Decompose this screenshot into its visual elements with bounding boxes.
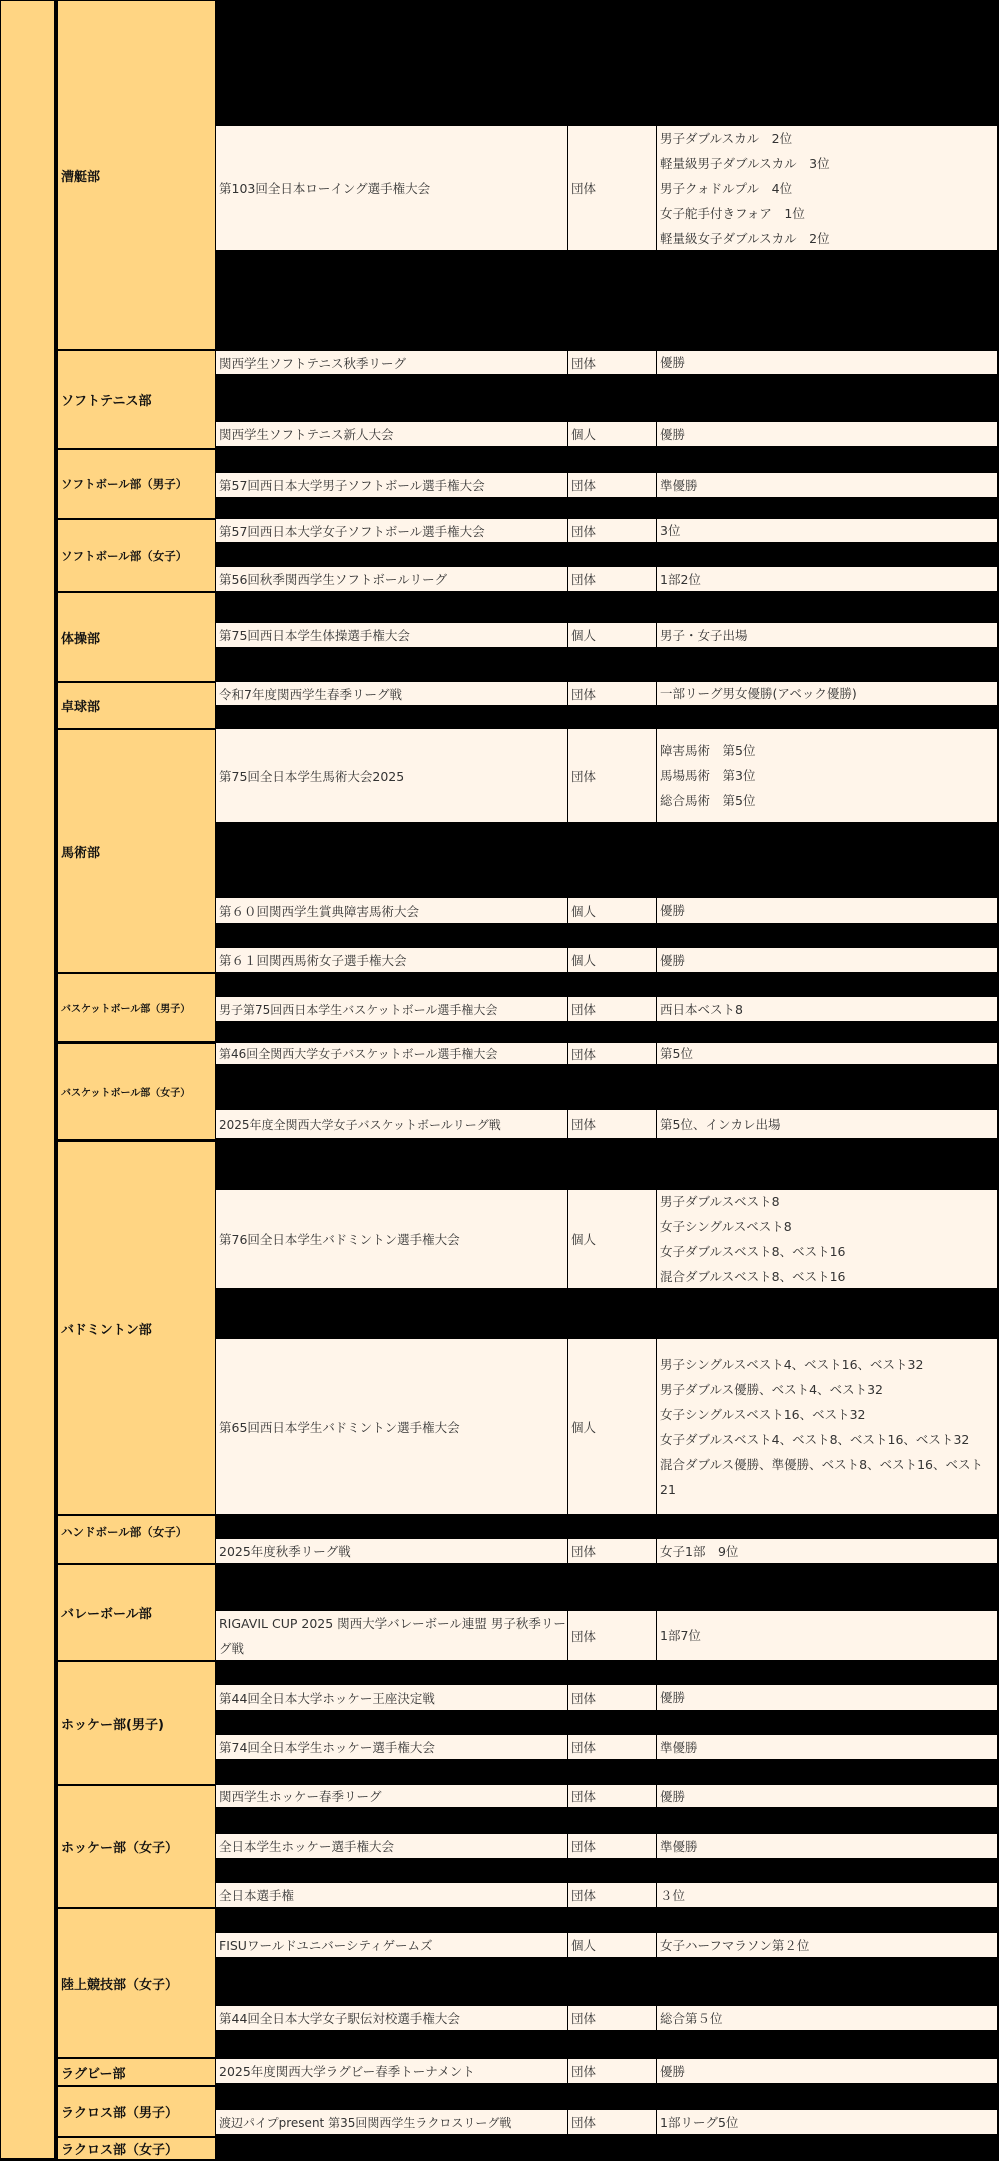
result-cell: 優勝 xyxy=(656,1685,997,1710)
event-name: 第６１回関西馬術女子選手権大会 xyxy=(216,948,567,972)
result-cell: 優勝 xyxy=(656,351,997,374)
table-row: 2025年度全関西大学女子バスケットボールリーグ戦 団体 第5位、インカレ出場 xyxy=(216,1110,997,1138)
table-row: 第75回全日本学生馬術大会2025 団体 障害馬術 第5位 馬場馬術 第3位 総… xyxy=(216,729,997,822)
table-row: 第46回全関西大学女子バスケットボール選手権大会 団体 第5位 xyxy=(216,1043,997,1064)
category-column xyxy=(0,0,56,2159)
result-cell: 女子ハーフマラソン第２位 xyxy=(656,1933,997,1957)
result-line: 軽量級女子ダブルスカル 2位 xyxy=(660,226,830,251)
result-line: 1部リーグ5位 xyxy=(660,2110,738,2134)
table-row: 令和7年度関西学生春季リーグ戦 団体 一部リーグ男女優勝(アベック優勝) xyxy=(216,682,997,705)
result-cell: 優勝 xyxy=(656,948,997,972)
entry-type: 団体 xyxy=(567,567,656,591)
result-line: 優勝 xyxy=(660,1685,685,1710)
result-cell: 一部リーグ男女優勝(アベック優勝) xyxy=(656,682,997,705)
event-name: 関西学生ソフトテニス秋季リーグ xyxy=(216,351,567,374)
entry-type: 個人 xyxy=(567,1933,656,1957)
table-row: 男子第75回西日本学生バスケットボール選手権大会 団体 西日本ベスト8 xyxy=(216,997,997,1021)
result-line: 女子ダブルスベスト4、ベスト8、ベスト16、ベスト32 xyxy=(660,1427,969,1452)
dept-cell: ラクロス部（女子） xyxy=(57,2136,215,2160)
event-name: 第44回全日本大学ホッケー王座決定戦 xyxy=(216,1685,567,1710)
entry-type: 団体 xyxy=(567,997,656,1021)
event-name: RIGAVIL CUP 2025 関西大学バレーボール連盟 男子秋季リーグ戦 xyxy=(216,1611,567,1660)
table-row: 第76回全日本学生バドミントン選手権大会 個人 男子ダブルスベスト8 女子シング… xyxy=(216,1190,997,1288)
result-line: 軽量級男子ダブルスカル 3位 xyxy=(660,151,830,176)
dept-cell: ホッケー部(男子) xyxy=(57,1660,215,1784)
table-row: 第74回全日本学生ホッケー選手権大会 団体 準優勝 xyxy=(216,1735,997,1759)
dept-cell: ハンドボール部（女子） xyxy=(57,1514,215,1563)
result-line: 女子シングルスベスト16、ベスト32 xyxy=(660,1402,866,1427)
result-line: 馬場馬術 第3位 xyxy=(660,763,755,788)
event-name: 全日本学生ホッケー選手権大会 xyxy=(216,1834,567,1858)
event-name: FISUワールドユニバーシティゲームズ xyxy=(216,1933,567,1957)
event-name: 第44回全日本大学女子駅伝対校選手権大会 xyxy=(216,2006,567,2030)
event-name: 第75回西日本学生体操選手権大会 xyxy=(216,623,567,647)
dept-label: ソフトボール部（女子） xyxy=(61,548,187,564)
dept-label: ラクロス部（男子） xyxy=(61,2102,178,2121)
dept-label: ホッケー部(男子) xyxy=(61,1714,164,1733)
result-cell: 第5位、インカレ出場 xyxy=(656,1110,997,1138)
event-name: 第６０回関西学生賞典障害馬術大会 xyxy=(216,898,567,923)
entry-type: 団体 xyxy=(567,2006,656,2030)
result-line: 女子ハーフマラソン第２位 xyxy=(660,1933,809,1957)
entry-type: 団体 xyxy=(567,1539,656,1563)
result-line: 女子ダブルスベスト8、ベスト16 xyxy=(660,1239,845,1264)
result-line: 女子1部 9位 xyxy=(660,1539,738,1563)
dept-cell: 馬術部 xyxy=(57,728,215,972)
result-line: 優勝 xyxy=(660,2059,685,2083)
result-line: 障害馬術 第5位 xyxy=(660,738,755,763)
result-cell: 男子シングルスベスト4、ベスト16、ベスト32 男子ダブルス優勝、ベスト4、ベス… xyxy=(656,1339,997,1514)
table-row: 関西学生ソフトテニス新人大会 個人 優勝 xyxy=(216,422,997,446)
result-cell: 1部リーグ5位 xyxy=(656,2110,997,2134)
dept-cell: 陸上競技部（女子） xyxy=(57,1907,215,2057)
event-name: 第46回全関西大学女子バスケットボール選手権大会 xyxy=(216,1043,567,1064)
result-cell: 優勝 xyxy=(656,898,997,923)
table-row: 2025年度秋季リーグ戦 団体 女子1部 9位 xyxy=(216,1539,997,1563)
table-row: 関西学生ソフトテニス秋季リーグ 団体 優勝 xyxy=(216,351,997,374)
entry-type: 団体 xyxy=(567,1685,656,1710)
result-line: 第5位 xyxy=(660,1043,693,1064)
dept-label: ラクロス部（女子） xyxy=(61,2139,178,2158)
event-name: 第65回西日本学生バドミントン選手権大会 xyxy=(216,1339,567,1514)
entry-type: 団体 xyxy=(567,1834,656,1858)
table-row: 第６１回関西馬術女子選手権大会 個人 優勝 xyxy=(216,948,997,972)
dept-label: バスケットボール部（女子） xyxy=(61,1084,190,1099)
entry-type: 団体 xyxy=(567,729,656,822)
result-line: 1部7位 xyxy=(660,1623,701,1648)
event-name: 2025年度全関西大学女子バスケットボールリーグ戦 xyxy=(216,1110,567,1138)
result-line: 準優勝 xyxy=(660,473,698,497)
dept-cell: バスケットボール部（女子） xyxy=(57,1041,215,1139)
result-line: 女子シングルスベスト8 xyxy=(660,1214,792,1239)
result-cell: 優勝 xyxy=(656,422,997,446)
result-line: 女子舵手付きフォア 1位 xyxy=(660,201,805,226)
result-cell: 男子ダブルスカル 2位 軽量級男子ダブルスカル 3位 男子クォドルプル 4位 女… xyxy=(656,126,997,250)
table-row: 第103回全日本ローイング選手権大会 団体 男子ダブルスカル 2位 軽量級男子ダ… xyxy=(216,126,997,250)
entry-type: 団体 xyxy=(567,1735,656,1759)
result-line: 男子ダブルスベスト8 xyxy=(660,1190,780,1214)
table-row: 渡辺パイプpresent 第35回関西学生ラクロスリーグ戦 団体 1部リーグ5位 xyxy=(216,2110,997,2134)
dept-cell: ラクロス部（男子） xyxy=(57,2085,215,2136)
result-cell: 女子1部 9位 xyxy=(656,1539,997,1563)
result-cell: 優勝 xyxy=(656,2059,997,2083)
entry-type: 団体 xyxy=(567,1043,656,1064)
result-line: 準優勝 xyxy=(660,1735,698,1759)
event-name: 関西学生ホッケー春季リーグ xyxy=(216,1785,567,1807)
result-cell: 西日本ベスト8 xyxy=(656,997,997,1021)
result-cell: ３位 xyxy=(656,1883,997,1907)
dept-cell: 体操部 xyxy=(57,591,215,681)
table-row: 第44回全日本大学ホッケー王座決定戦 団体 優勝 xyxy=(216,1685,997,1710)
result-cell: 男子ダブルスベスト8 女子シングルスベスト8 女子ダブルスベスト8、ベスト16 … xyxy=(656,1190,997,1288)
entry-type: 団体 xyxy=(567,351,656,374)
result-line: 優勝 xyxy=(660,898,685,923)
dept-label: 漕艇部 xyxy=(61,166,100,185)
result-line: 優勝 xyxy=(660,422,685,446)
event-name: 2025年度関西大学ラグビー春季トーナメント xyxy=(216,2059,567,2083)
entry-type: 団体 xyxy=(567,1883,656,1907)
entry-type: 団体 xyxy=(567,1611,656,1660)
dept-label: バドミントン部 xyxy=(61,1319,152,1338)
dept-label: ソフトボール部（男子） xyxy=(61,476,187,492)
dept-label: バスケットボール部（男子） xyxy=(61,1000,190,1015)
entry-type: 個人 xyxy=(567,1339,656,1514)
dept-label: ソフトテニス部 xyxy=(61,390,151,409)
table-row: RIGAVIL CUP 2025 関西大学バレーボール連盟 男子秋季リーグ戦 団… xyxy=(216,1611,997,1660)
result-line: 男子・女子出場 xyxy=(660,623,748,647)
event-name: 渡辺パイプpresent 第35回関西学生ラクロスリーグ戦 xyxy=(216,2110,567,2134)
result-line: 優勝 xyxy=(660,351,685,374)
result-line: 男子クォドルプル 4位 xyxy=(660,176,792,201)
dept-cell: ラグビー部 xyxy=(57,2057,215,2085)
result-line: 総合馬術 第5位 xyxy=(660,788,755,813)
entry-type: 団体 xyxy=(567,2110,656,2134)
result-line: 優勝 xyxy=(660,1785,685,1807)
result-cell: 準優勝 xyxy=(656,1834,997,1858)
result-line: 西日本ベスト8 xyxy=(660,997,743,1021)
result-line: 一部リーグ男女優勝(アベック優勝) xyxy=(660,682,857,705)
dept-label: 体操部 xyxy=(61,628,100,647)
entry-type: 団体 xyxy=(567,682,656,705)
entry-type: 団体 xyxy=(567,1110,656,1138)
result-cell: 3位 xyxy=(656,519,997,542)
result-cell: 1部7位 xyxy=(656,1611,997,1660)
result-line: 第5位、インカレ出場 xyxy=(660,1112,780,1137)
result-line: 総合第５位 xyxy=(660,2006,723,2030)
entry-type: 個人 xyxy=(567,623,656,647)
result-cell: 準優勝 xyxy=(656,1735,997,1759)
entry-type: 個人 xyxy=(567,1190,656,1288)
result-cell: 男子・女子出場 xyxy=(656,623,997,647)
dept-label: 馬術部 xyxy=(61,842,100,861)
table-row: 全日本学生ホッケー選手権大会 団体 準優勝 xyxy=(216,1834,997,1858)
dept-label: バレーボール部 xyxy=(61,1603,152,1622)
entry-type: 団体 xyxy=(567,473,656,497)
event-name: 男子第75回西日本学生バスケットボール選手権大会 xyxy=(216,997,567,1021)
event-name: 全日本選手権 xyxy=(216,1883,567,1907)
dept-label: ラグビー部 xyxy=(61,2063,125,2082)
dept-cell: ソフトボール部（男子） xyxy=(57,448,215,518)
result-cell: 障害馬術 第5位 馬場馬術 第3位 総合馬術 第5位 xyxy=(656,729,997,822)
event-name: 第56回秋季関西学生ソフトボールリーグ xyxy=(216,567,567,591)
result-line: 男子シングルスベスト4、ベスト16、ベスト32 xyxy=(660,1352,923,1377)
result-line: 混合ダブルス優勝、準優勝、ベスト8、ベスト16、ベスト21 xyxy=(660,1452,997,1502)
table-row: 第57回西日本大学女子ソフトボール選手権大会 団体 3位 xyxy=(216,519,997,542)
entry-type: 団体 xyxy=(567,519,656,542)
dept-cell: バドミントン部 xyxy=(57,1139,215,1514)
entry-type: 個人 xyxy=(567,948,656,972)
dept-cell: バスケットボール部（男子） xyxy=(57,972,215,1041)
event-name: 第76回全日本学生バドミントン選手権大会 xyxy=(216,1190,567,1288)
dept-label: ハンドボール部（女子） xyxy=(61,1524,187,1540)
event-name: 第57回西日本大学男子ソフトボール選手権大会 xyxy=(216,473,567,497)
dept-label: 卓球部 xyxy=(61,696,100,715)
dept-cell: 漕艇部 xyxy=(57,0,215,349)
table-row: 第44回全日本大学女子駅伝対校選手権大会 団体 総合第５位 xyxy=(216,2006,997,2030)
event-name: 2025年度秋季リーグ戦 xyxy=(216,1539,567,1563)
table-row: 第57回西日本大学男子ソフトボール選手権大会 団体 準優勝 xyxy=(216,473,997,497)
dept-cell: ホッケー部（女子） xyxy=(57,1784,215,1907)
event-name: 第57回西日本大学女子ソフトボール選手権大会 xyxy=(216,519,567,542)
result-cell: 第5位 xyxy=(656,1043,997,1064)
entry-type: 団体 xyxy=(567,126,656,250)
result-line: 優勝 xyxy=(660,948,685,972)
table-row: 関西学生ホッケー春季リーグ 団体 優勝 xyxy=(216,1785,997,1807)
table-row: 全日本選手権 団体 ３位 xyxy=(216,1883,997,1907)
table-row: 2025年度関西大学ラグビー春季トーナメント 団体 優勝 xyxy=(216,2059,997,2083)
event-name: 第75回全日本学生馬術大会2025 xyxy=(216,729,567,822)
dept-cell: ソフトボール部（女子） xyxy=(57,518,215,591)
result-line: 男子ダブルス優勝、ベスト4、ベスト32 xyxy=(660,1377,883,1402)
entry-type: 団体 xyxy=(567,2059,656,2083)
table-row: 第65回西日本学生バドミントン選手権大会 個人 男子シングルスベスト4、ベスト1… xyxy=(216,1339,997,1514)
result-line: 1部2位 xyxy=(660,567,701,591)
result-line: 男子ダブルスカル 2位 xyxy=(660,126,792,151)
dept-cell: ソフトテニス部 xyxy=(57,349,215,448)
table-row: 第６０回関西学生賞典障害馬術大会 個人 優勝 xyxy=(216,898,997,923)
table-row: FISUワールドユニバーシティゲームズ 個人 女子ハーフマラソン第２位 xyxy=(216,1933,997,1957)
dept-label: ホッケー部（女子） xyxy=(61,1837,178,1856)
event-name: 第103回全日本ローイング選手権大会 xyxy=(216,126,567,250)
dept-cell: バレーボール部 xyxy=(57,1563,215,1660)
dept-cell: 卓球部 xyxy=(57,681,215,728)
result-line: ３位 xyxy=(660,1883,685,1907)
table-row: 第56回秋季関西学生ソフトボールリーグ 団体 1部2位 xyxy=(216,567,997,591)
event-name: 関西学生ソフトテニス新人大会 xyxy=(216,422,567,446)
event-name: 令和7年度関西学生春季リーグ戦 xyxy=(216,682,567,705)
table-row: 第75回西日本学生体操選手権大会 個人 男子・女子出場 xyxy=(216,623,997,647)
result-line: 準優勝 xyxy=(660,1834,698,1858)
result-line: 3位 xyxy=(660,519,680,542)
entry-type: 個人 xyxy=(567,422,656,446)
result-cell: 総合第５位 xyxy=(656,2006,997,2030)
entry-type: 団体 xyxy=(567,1785,656,1807)
result-cell: 優勝 xyxy=(656,1785,997,1807)
event-name: 第74回全日本学生ホッケー選手権大会 xyxy=(216,1735,567,1759)
dept-label: 陸上競技部（女子） xyxy=(61,1974,178,1993)
result-line: 混合ダブルスベスト8、ベスト16 xyxy=(660,1264,845,1288)
entry-type: 個人 xyxy=(567,898,656,923)
result-cell: 1部2位 xyxy=(656,567,997,591)
result-cell: 準優勝 xyxy=(656,473,997,497)
